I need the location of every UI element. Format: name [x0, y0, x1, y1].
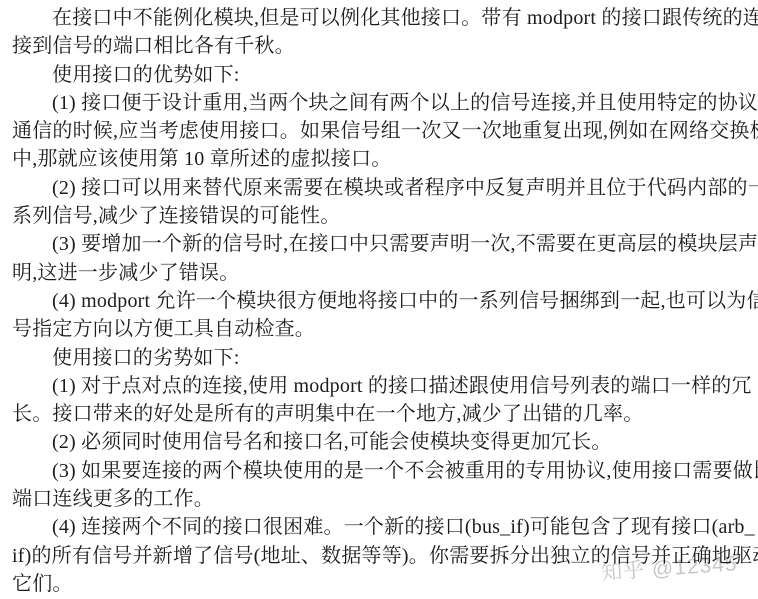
scanned-document-page: 知乎 @12345 在接口中不能例化模块,但是可以例化其他接口。带有 modpo…: [0, 0, 758, 599]
text-line: 在接口中不能例化模块,但是可以例化其他接口。带有 modport 的接口跟传统的…: [12, 4, 752, 32]
text-line: 使用接口的劣势如下:: [12, 344, 752, 372]
text-line: (2) 接口可以用来替代原来需要在模块或者程序中反复声明并且位于代码内部的一: [12, 174, 752, 202]
text-line: (3) 如果要连接的两个模块使用的是一个不会被重用的专用协议,使用接口需要做比: [12, 457, 752, 485]
text-line: 端口连线更多的工作。: [12, 485, 752, 513]
text-line: (3) 要增加一个新的信号时,在接口中只需要声明一次,不需要在更高层的模块层声: [12, 230, 752, 258]
text-line: (2) 必须同时使用信号名和接口名,可能会使模块变得更加冗长。: [12, 428, 752, 456]
text-line: 明,这进一步减少了错误。: [12, 259, 752, 287]
text-line: (1) 接口便于设计重用,当两个块之间有两个以上的信号连接,并且使用特定的协议: [12, 89, 752, 117]
body-text: 在接口中不能例化模块,但是可以例化其他接口。带有 modport 的接口跟传统的…: [12, 4, 752, 598]
text-line: 使用接口的优势如下:: [12, 61, 752, 89]
text-line: 通信的时候,应当考虑使用接口。如果信号组一次又一次地重复出现,例如在网络交换机: [12, 117, 752, 145]
text-line: (1) 对于点对点的连接,使用 modport 的接口描述跟使用信号列表的端口一…: [12, 372, 752, 400]
text-line: (4) 连接两个不同的接口很困难。一个新的接口(bus_if)可能包含了现有接口…: [12, 513, 752, 541]
text-line: 接到信号的端口相比各有千秋。: [12, 32, 752, 60]
text-line: 长。接口带来的好处是所有的声明集中在一个地方,减少了出错的几率。: [12, 400, 752, 428]
text-line: 系列信号,减少了连接错误的可能性。: [12, 202, 752, 230]
text-line: if)的所有信号并新增了信号(地址、数据等等)。你需要拆分出独立的信号并正确地驱…: [12, 542, 752, 570]
text-line: 它们。: [12, 570, 752, 598]
text-line: (4) modport 允许一个模块很方便地将接口中的一系列信号捆绑到一起,也可…: [12, 287, 752, 315]
text-line: 号指定方向以方便工具自动检查。: [12, 315, 752, 343]
text-line: 中,那就应该使用第 10 章所述的虚拟接口。: [12, 145, 752, 173]
